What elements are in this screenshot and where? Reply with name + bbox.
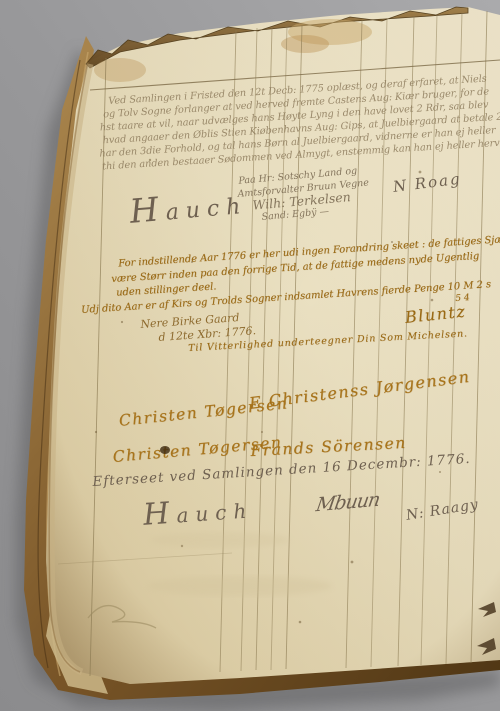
manuscript-text-layer: Ved Samlingen i Fristed den 12t Decb: 17… <box>0 0 500 711</box>
signature-bluntz: Bluntz <box>404 302 467 327</box>
signature-togersen-1: Christen Tøgersen <box>118 394 289 430</box>
signature-scrawl: Mbuun <box>314 488 381 516</box>
attestation-block: Paa Hr: Sotschy Land og Amtsforvalter Br… <box>236 165 372 226</box>
signature-raagy: N: Raagy <box>405 497 480 524</box>
signature-roag: N Roag <box>392 170 462 196</box>
signature-hauch-2: Hauch <box>142 490 254 533</box>
ink-blot <box>160 446 170 454</box>
signature-hauch: Hauch <box>128 182 249 231</box>
photographed-manuscript: Ved Samlingen i Fristed den 12t Decb: 17… <box>0 0 500 711</box>
manuscript-entry-1775: Ved Samlingen i Fristed den 12t Decb: 17… <box>108 69 500 173</box>
